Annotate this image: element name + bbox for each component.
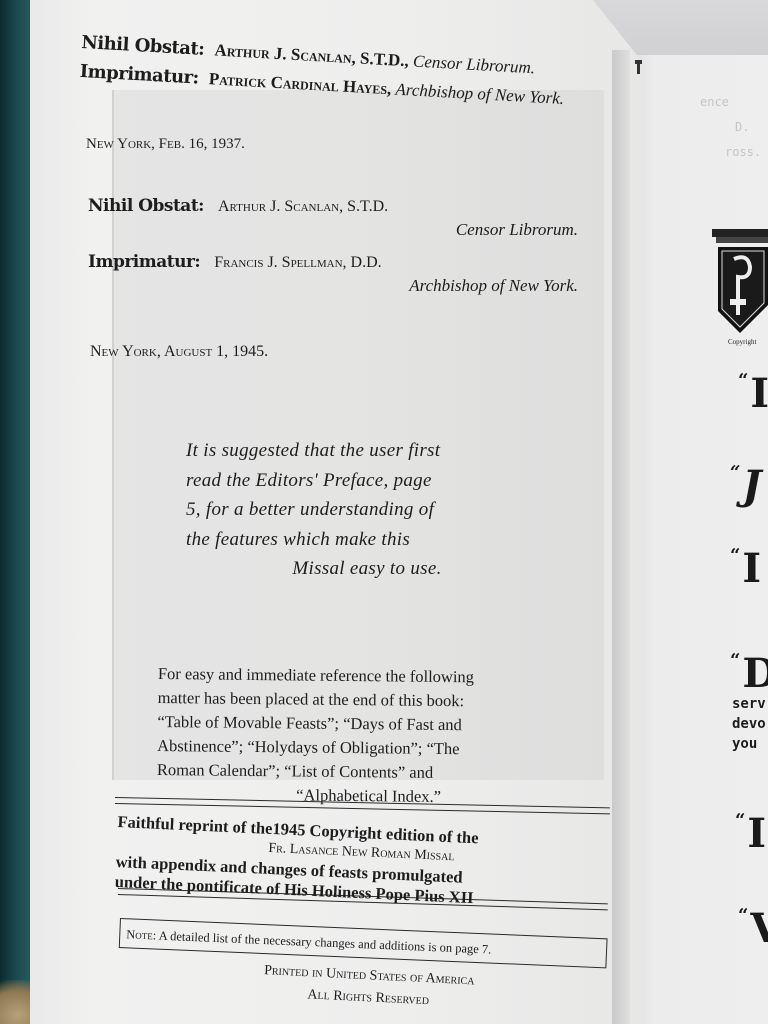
imprimatur-title: Archbishop of New York.	[395, 80, 565, 108]
suggestion-paragraph: It is suggested that the user first read…	[186, 436, 548, 584]
ghost-text: ence	[700, 95, 729, 109]
nihil-obstat-label: Nihil Obstat:	[88, 196, 204, 216]
date-1937: New York, Feb. 16, 1937.	[86, 136, 245, 153]
nihil-obstat-name: Arthur J. Scanlan, S.T.D.	[218, 198, 388, 216]
copyright-caption: Copyright	[728, 338, 756, 346]
dropcap-letter: “D	[730, 650, 768, 697]
imprimatur-name: Francis J. Spellman, D.D.	[214, 254, 381, 272]
note-label: Note:	[126, 927, 157, 942]
date-1945: New York, August 1, 1945.	[90, 343, 268, 361]
suggestion-line: It is suggested that the user first	[186, 436, 548, 466]
note-text: A detailed list of the necessary changes…	[158, 929, 491, 957]
suggestion-line: 5, for a better understanding of	[186, 495, 548, 525]
imprimatur-title: Archbishop of New York.	[88, 276, 578, 296]
publisher-emblem-icon	[710, 225, 768, 337]
page-gutter	[612, 50, 630, 1024]
imprimatur-label: Imprimatur:	[88, 252, 200, 272]
right-page	[625, 55, 768, 1024]
reference-paragraph: For easy and immediate reference the fol…	[156, 662, 581, 810]
suggestion-line: Missal easy to use.	[186, 554, 548, 584]
imprimatur-label: Imprimatur:	[79, 61, 199, 89]
page-mark-icon	[637, 60, 640, 74]
ghost-text: D.	[735, 120, 749, 134]
reference-line: Roman Calendar”; “List of Contents” and	[157, 758, 581, 786]
nihil-obstat-title: Censor Librorum.	[413, 52, 536, 78]
right-page-text: serv devo you	[732, 694, 766, 754]
imprimatur-name: Patrick Cardinal Hayes,	[208, 69, 391, 98]
dropcap-letter: “V	[738, 905, 768, 952]
dropcap-letter: “I	[735, 810, 766, 857]
dropcap-letter: “I	[738, 370, 768, 417]
suggestion-line: the features which make this	[186, 525, 548, 555]
suggestion-line: read the Editors' Preface, page	[186, 466, 548, 496]
ghost-text: ross.	[725, 145, 761, 159]
dropcap-letter: “I	[730, 545, 761, 592]
dropcap-letter: “J	[730, 462, 761, 509]
approvals-1945: Nihil Obstat: Arthur J. Scanlan, S.T.D. …	[88, 196, 578, 308]
nihil-obstat-title: Censor Librorum.	[88, 220, 578, 240]
